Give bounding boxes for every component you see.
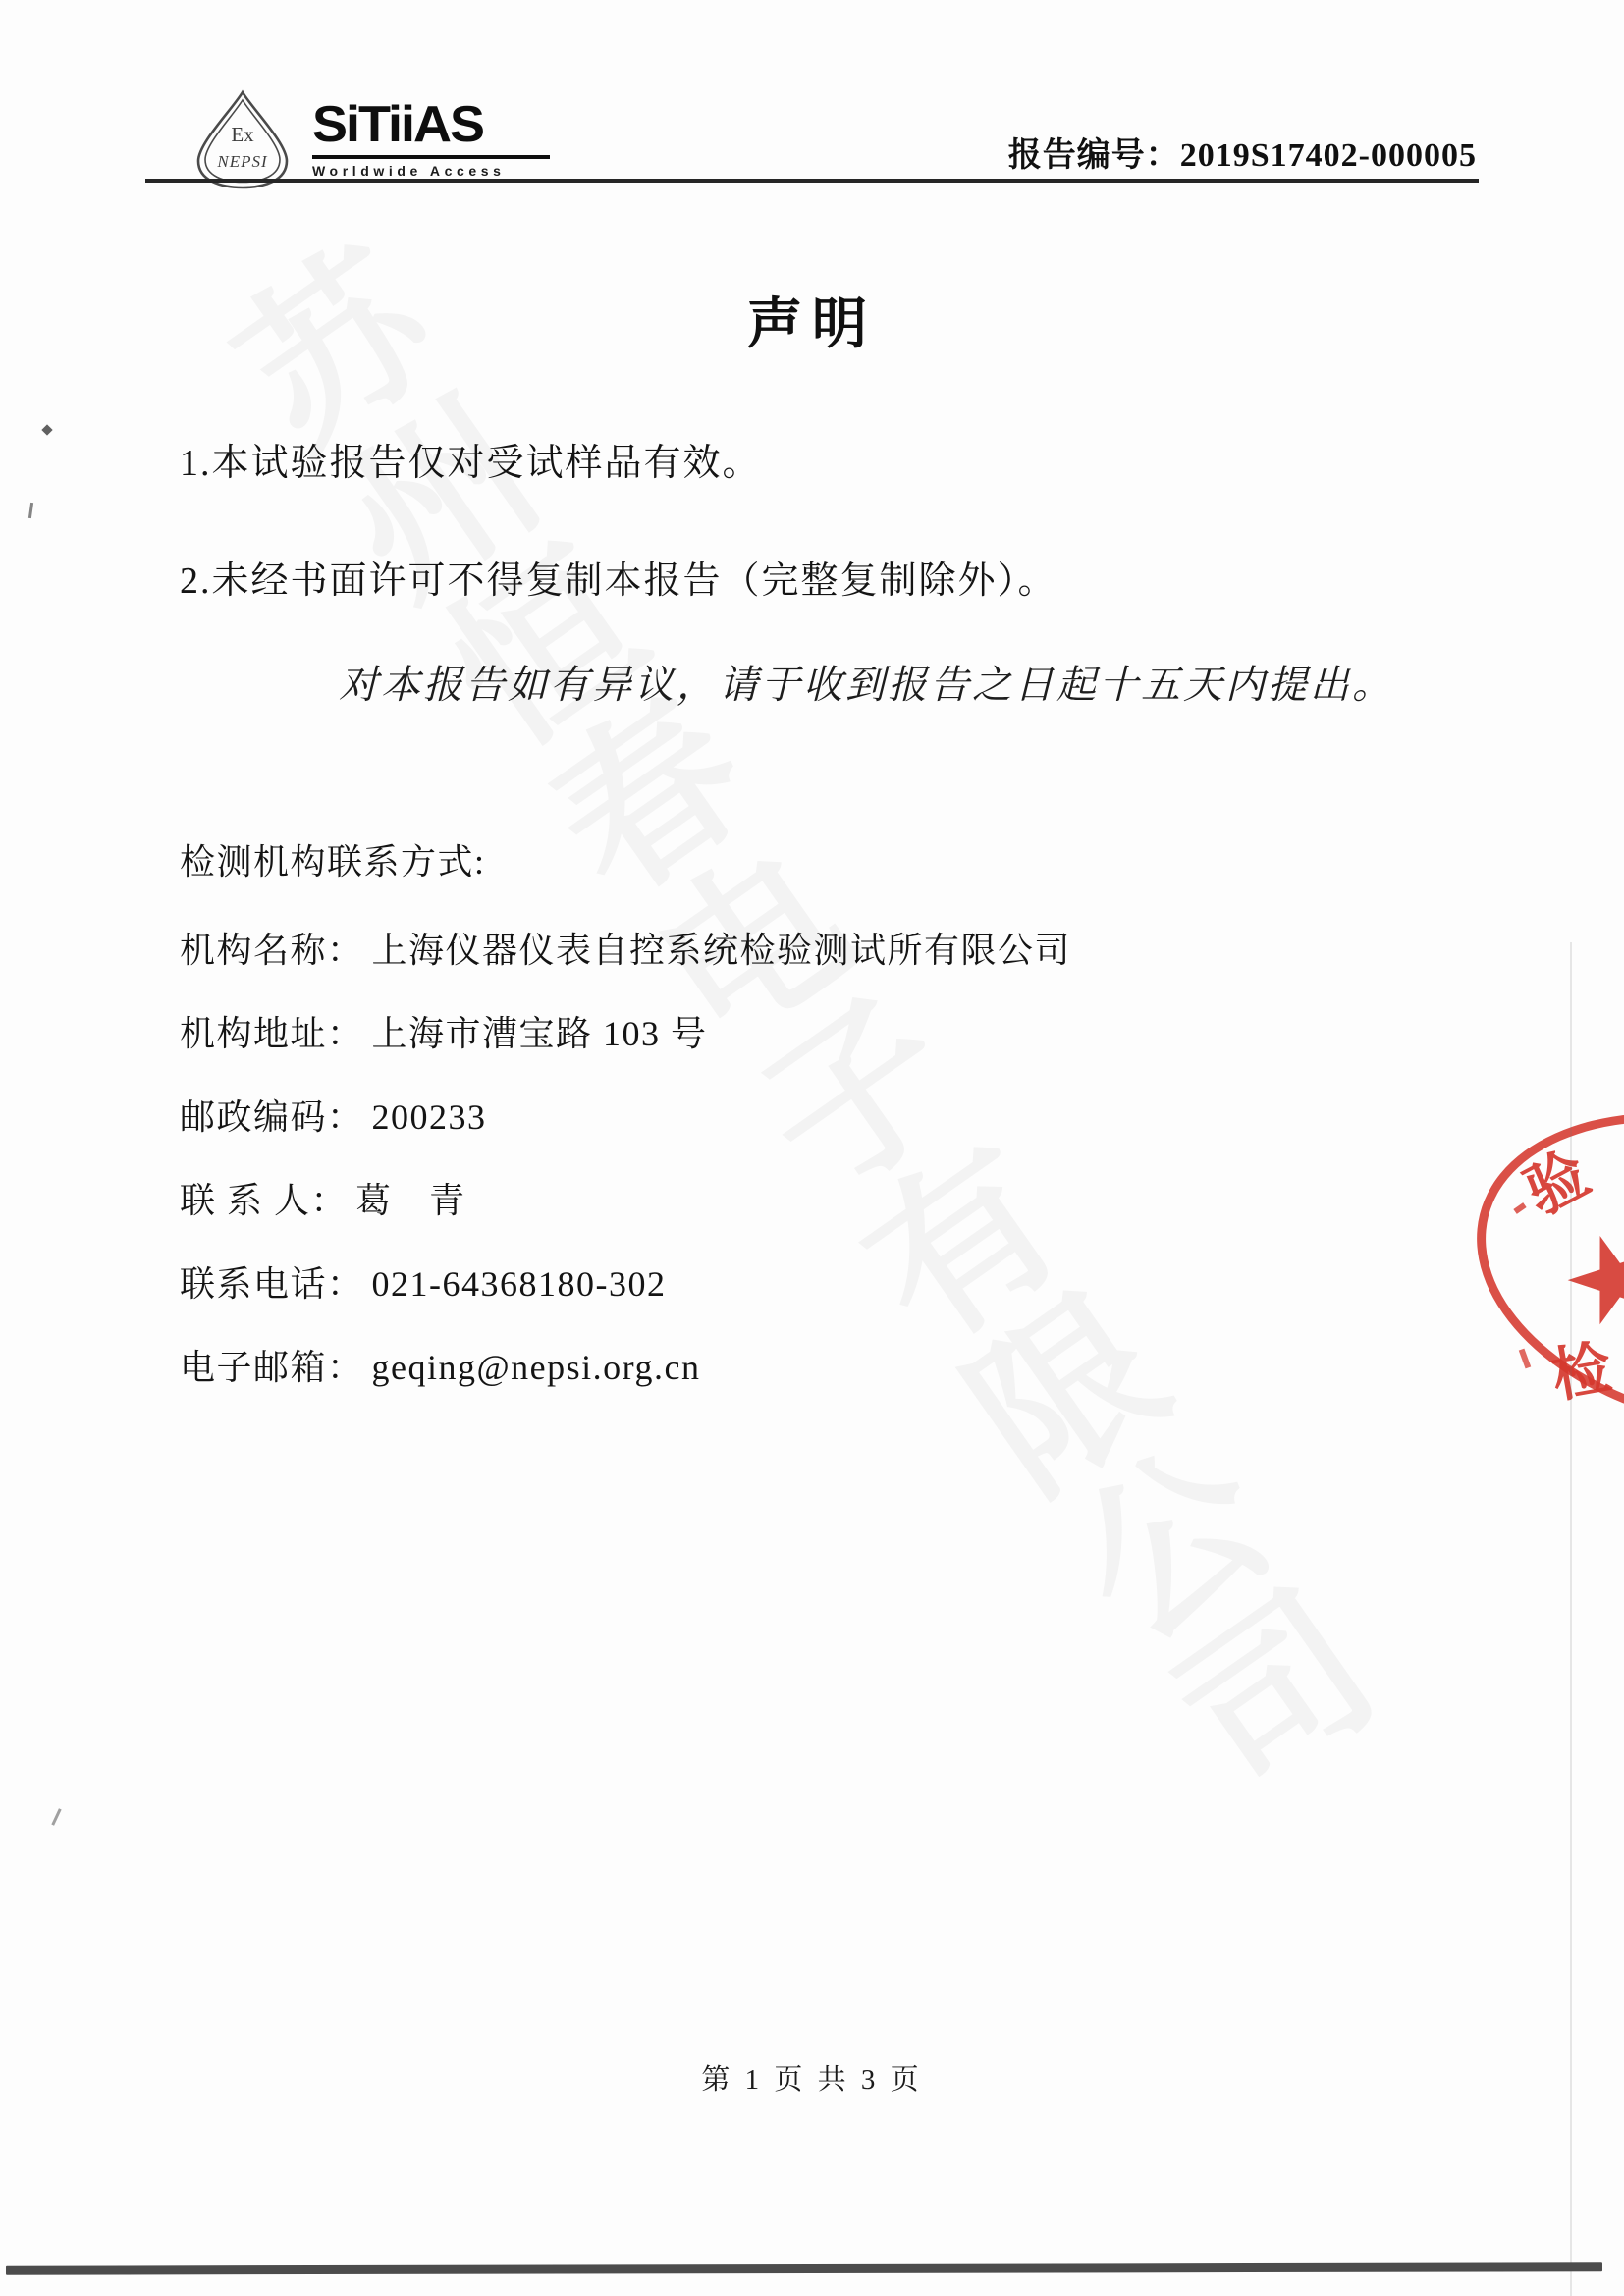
contact-row-postal-code: 邮政编码：200233: [180, 1090, 487, 1140]
contact-row-org-name: 机构名称：上海仪器仪表自控系统检验测试所有限公司: [180, 923, 1071, 973]
statement-item-2: 2.未经书面许可不得复制本报告（完整复制除外）。: [180, 550, 1057, 604]
contact-row-email: 电子邮箱：geqing@nepsi.org.cn: [180, 1340, 700, 1390]
contact-row-contact-person: 联 系 人：葛 青: [180, 1173, 466, 1223]
scan-speck: [51, 1808, 61, 1826]
contact-label: 邮政编码：: [180, 1097, 364, 1137]
emblem-nepsi-text: NEPSI: [216, 152, 268, 171]
scan-speck: [28, 503, 33, 518]
contact-label: 机构地址：: [180, 1014, 364, 1053]
seal-ink-fragment: [1519, 1349, 1531, 1369]
scan-edge-bar: [6, 2262, 1602, 2274]
sitiias-wordmark: SiTiiAS: [312, 99, 568, 150]
scan-speck: [41, 424, 52, 435]
contact-value: 021-64368180-302: [372, 1264, 667, 1304]
scan-fold-line: [1570, 942, 1572, 2296]
contact-value: geqing@nepsi.org.cn: [372, 1348, 701, 1387]
page-title: 声明: [145, 281, 1479, 359]
report-declaration-page: 苏州恒春电子有限公司 Ex NEPSI SiTiiAS Worldwide Ac…: [0, 0, 1624, 2296]
logo-block: SiTiiAS Worldwide Access: [312, 99, 568, 179]
seal-character-bottom: 检: [1544, 1320, 1617, 1414]
contact-value: 上海市漕宝路 103 号: [372, 1014, 708, 1053]
contact-heading: 检测机构联系方式:: [180, 834, 486, 884]
red-seal: 验 ★ 检: [1467, 1107, 1624, 1461]
contact-value: 上海仪器仪表自控系统检验测试所有限公司: [372, 931, 1072, 970]
contact-value: 200233: [372, 1097, 487, 1137]
statement-item-1: 1.本试验报告仅对受试样品有效。: [180, 432, 762, 486]
contact-label: 机构名称：: [180, 931, 364, 970]
seal-character-top: 验: [1507, 1126, 1602, 1232]
dispute-notice: 对本报告如有异议，请于收到报告之日起十五天内提出。: [339, 654, 1394, 710]
contact-label: 联 系 人：: [180, 1181, 348, 1220]
contact-label: 电子邮箱：: [180, 1348, 364, 1387]
seal-ellipse-border: [1467, 1107, 1624, 1461]
contact-label: 联系电话：: [180, 1264, 364, 1304]
wordmark-underline: [312, 155, 550, 159]
header-divider: [145, 179, 1479, 183]
contact-row-org-address: 机构地址：上海市漕宝路 103 号: [180, 1006, 708, 1056]
page-number-footer: 第 1 页 共 3 页: [145, 2057, 1479, 2098]
emblem-ex-text: Ex: [231, 123, 254, 146]
contact-row-phone: 联系电话：021-64368180-302: [180, 1256, 667, 1307]
report-number: 报告编号：2019S17402-000005: [1008, 128, 1477, 176]
seal-star-icon: ★: [1546, 1208, 1624, 1351]
contact-value: 葛 青: [355, 1181, 466, 1220]
ex-nepsi-emblem-icon: Ex NEPSI: [194, 88, 291, 190]
worldwide-access-tagline: Worldwide Access: [312, 163, 568, 179]
seal-ink-fragment: [1513, 1202, 1526, 1214]
